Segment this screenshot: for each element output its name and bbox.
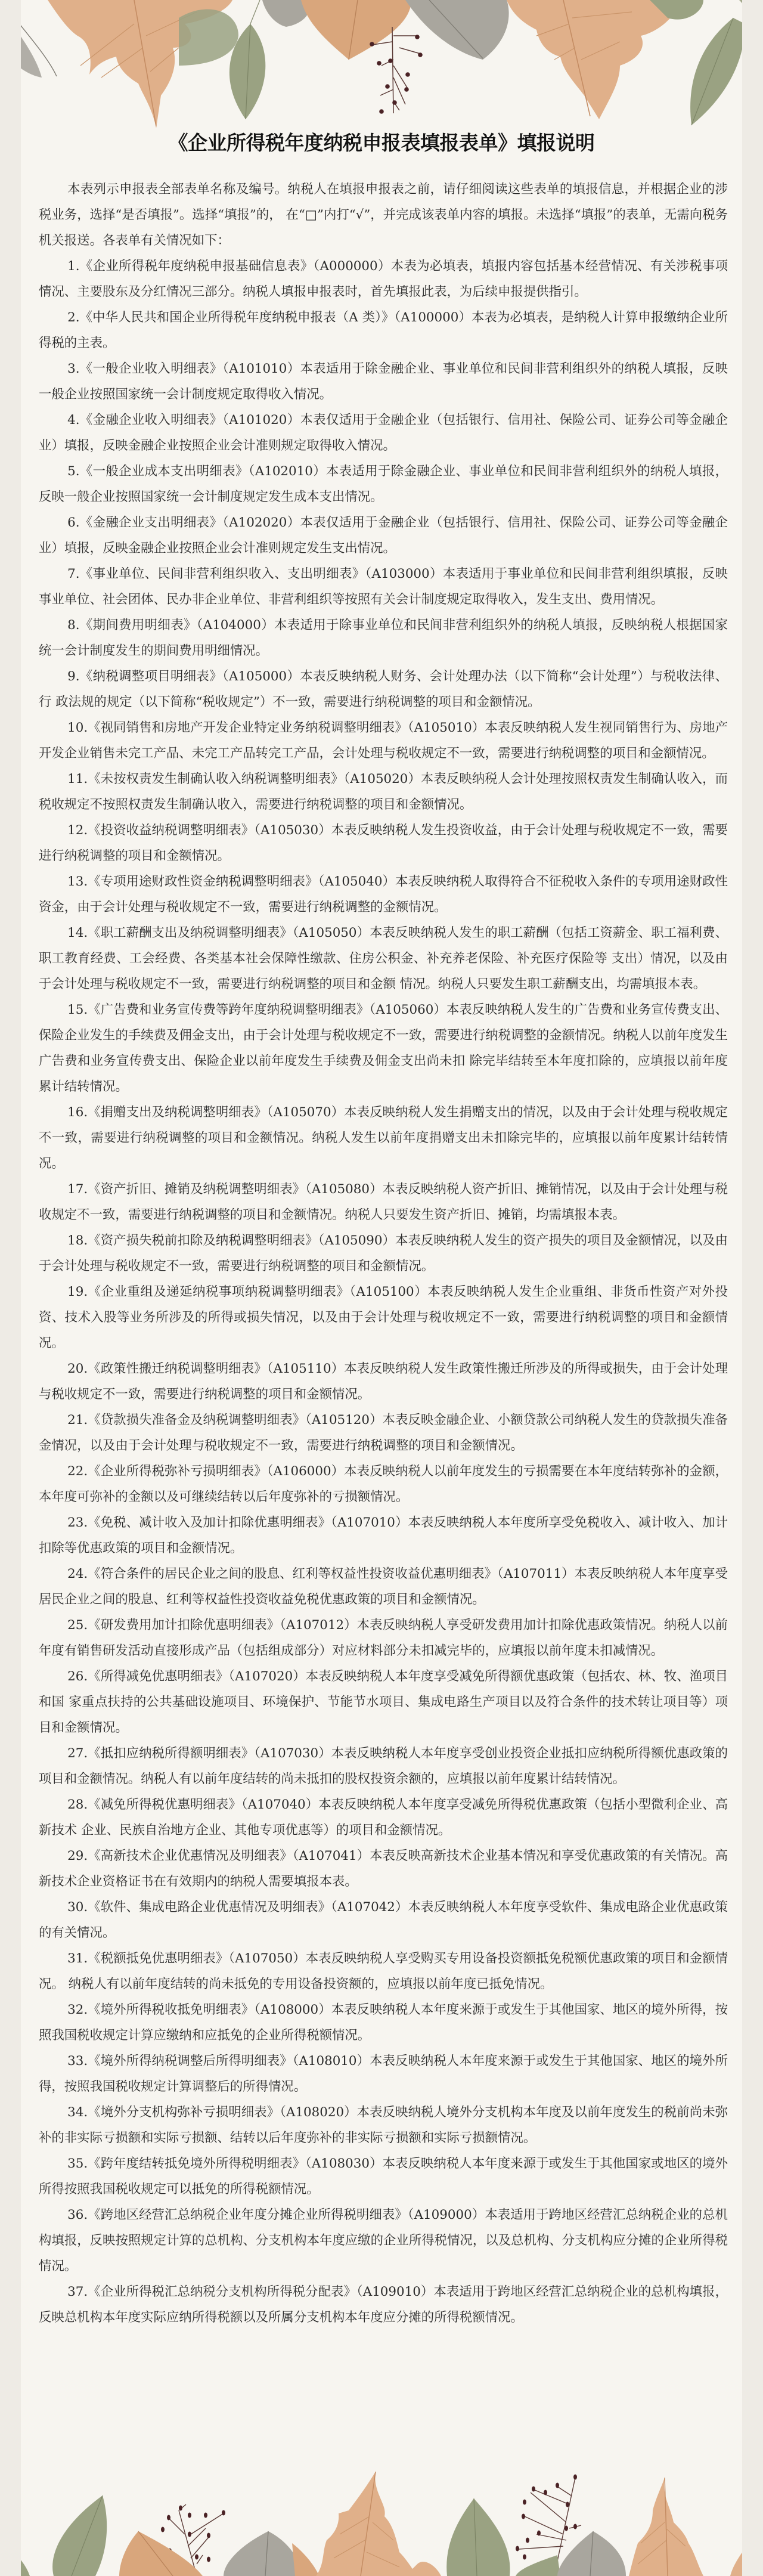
list-item: 18.《资产损失税前扣除及纳税调整明细表》（A105090）本表反映纳税人发生的… bbox=[39, 1228, 728, 1279]
list-item: 11.《未按权责发生制确认收入纳税调整明细表》（A105020）本表反映纳税人会… bbox=[39, 766, 728, 818]
list-item: 36.《跨地区经营汇总纳税企业年度分摊企业所得税明细表》（A109000）本表适… bbox=[39, 2202, 728, 2279]
list-item: 2.《中华人民共和国企业所得税年度纳税申报表（A 类）》（A100000）本表为… bbox=[39, 305, 728, 356]
list-item: 28.《减免所得税优惠明细表》（A107040）本表反映纳税人本年度享受减免所得… bbox=[39, 1792, 728, 1843]
list-item: 5.《一般企业成本支出明细表》（A102010）本表适用于除金融企业、事业单位和… bbox=[39, 459, 728, 510]
document-page: 《企业所得税年度纳税申报表填报表单》填报说明 本表列示申报表全部表单名称及编号。… bbox=[21, 0, 742, 2576]
list-item: 34.《境外分支机构弥补亏损明细表》（A108020）本表反映纳税人境外分支机构… bbox=[39, 2100, 728, 2151]
list-item: 26.《所得减免优惠明细表》（A107020）本表反映纳税人本年度享受减免所得额… bbox=[39, 1664, 728, 1741]
list-item: 33.《境外所得纳税调整后所得明细表》（A108010）本表反映纳税人本年度来源… bbox=[39, 2048, 728, 2100]
list-item: 25.《研发费用加计扣除优惠明细表》（A107012）本表反映纳税人享受研发费用… bbox=[39, 1612, 728, 1664]
list-item: 9.《纳税调整项目明细表》（A105000）本表反映纳税人财务、会计处理办法（以… bbox=[39, 664, 728, 715]
list-item: 30.《软件、集成电路企业优惠情况及明细表》（A107042）本表反映纳税人本年… bbox=[39, 1894, 728, 1946]
list-item: 1.《企业所得税年度纳税申报基础信息表》（A000000）本表为必填表，填报内容… bbox=[39, 253, 728, 305]
list-item: 17.《资产折旧、摊销及纳税调整明细表》（A105080）本表反映纳税人资产折旧… bbox=[39, 1176, 728, 1228]
list-item: 12.《投资收益纳税调整明细表》（A105030）本表反映纳税人发生投资收益，由… bbox=[39, 818, 728, 869]
list-item: 4.《金融企业收入明细表》（A101020）本表仅适用于金融企业（包括银行、信用… bbox=[39, 407, 728, 459]
list-item: 35.《跨年度结转抵免境外所得税明细表》（A108030）本表反映纳税人本年度来… bbox=[39, 2151, 728, 2202]
leaves-decoration-bottom-icon bbox=[21, 2469, 742, 2576]
list-item: 3.《一般企业收入明细表》（A101010）本表适用于除金融企业、事业单位和民间… bbox=[39, 356, 728, 407]
list-item: 10.《视同销售和房地产开发企业特定业务纳税调整明细表》（A105010）本表反… bbox=[39, 715, 728, 766]
intro-paragraph: 本表列示申报表全部表单名称及编号。纳税人在填报申报表之前，请仔细阅读这些表单的填… bbox=[39, 177, 728, 253]
list-item: 32.《境外所得税收抵免明细表》（A108000）本表反映纳税人本年度来源于或发… bbox=[39, 1997, 728, 2048]
list-item: 8.《期间费用明细表》（A104000）本表适用于除事业单位和民间非营利组织外的… bbox=[39, 612, 728, 664]
leaves-decoration-top-icon bbox=[21, 0, 742, 131]
list-item: 37.《企业所得税汇总纳税分支机构所得税分配表》（A109010）本表适用于跨地… bbox=[39, 2279, 728, 2330]
list-item: 31.《税额抵免优惠明细表》（A107050）本表反映纳税人享受购买专用设备投资… bbox=[39, 1946, 728, 1997]
list-item: 14.《职工薪酬支出及纳税调整明细表》（A105050）本表反映纳税人发生的职工… bbox=[39, 920, 728, 997]
list-item: 19.《企业重组及递延纳税事项纳税调整明细表》（A105100）本表反映纳税人发… bbox=[39, 1279, 728, 1356]
list-item: 27.《抵扣应纳税所得额明细表》（A107030）本表反映纳税人本年度享受创业投… bbox=[39, 1741, 728, 1792]
list-item: 6.《金融企业支出明细表》（A102020）本表仅适用于金融企业（包括银行、信用… bbox=[39, 510, 728, 561]
list-item: 16.《捐赠支出及纳税调整明细表》（A105070）本表反映纳税人发生捐赠支出的… bbox=[39, 1100, 728, 1176]
list-item: 20.《政策性搬迁纳税调整明细表》（A105110）本表反映纳税人发生政策性搬迁… bbox=[39, 1356, 728, 1407]
list-item: 7.《事业单位、民间非营利组织收入、支出明细表》（A103000）本表适用于事业… bbox=[39, 561, 728, 612]
list-item: 15.《广告费和业务宣传费等跨年度纳税调整明细表》（A105060）本表反映纳税… bbox=[39, 997, 728, 1100]
list-item: 13.《专项用途财政性资金纳税调整明细表》（A105040）本表反映纳税人取得符… bbox=[39, 869, 728, 920]
document-body: 本表列示申报表全部表单名称及编号。纳税人在填报申报表之前，请仔细阅读这些表单的填… bbox=[39, 177, 728, 2330]
list-item: 21.《贷款损失准备金及纳税调整明细表》（A105120）本表反映金融企业、小额… bbox=[39, 1407, 728, 1459]
list-item: 29.《高新技术企业优惠情况及明细表》（A107041）本表反映高新技术企业基本… bbox=[39, 1843, 728, 1894]
list-item: 22.《企业所得税弥补亏损明细表》（A106000）本表反映纳税人以前年度发生的… bbox=[39, 1459, 728, 1510]
list-item: 23.《免税、减计收入及加计扣除优惠明细表》（A107010）本表反映纳税人本年… bbox=[39, 1510, 728, 1561]
page-title: 《企业所得税年度纳税申报表填报表单》填报说明 bbox=[21, 126, 742, 160]
list-item: 24.《符合条件的居民企业之间的股息、红利等权益性投资收益优惠明细表》（A107… bbox=[39, 1561, 728, 1612]
